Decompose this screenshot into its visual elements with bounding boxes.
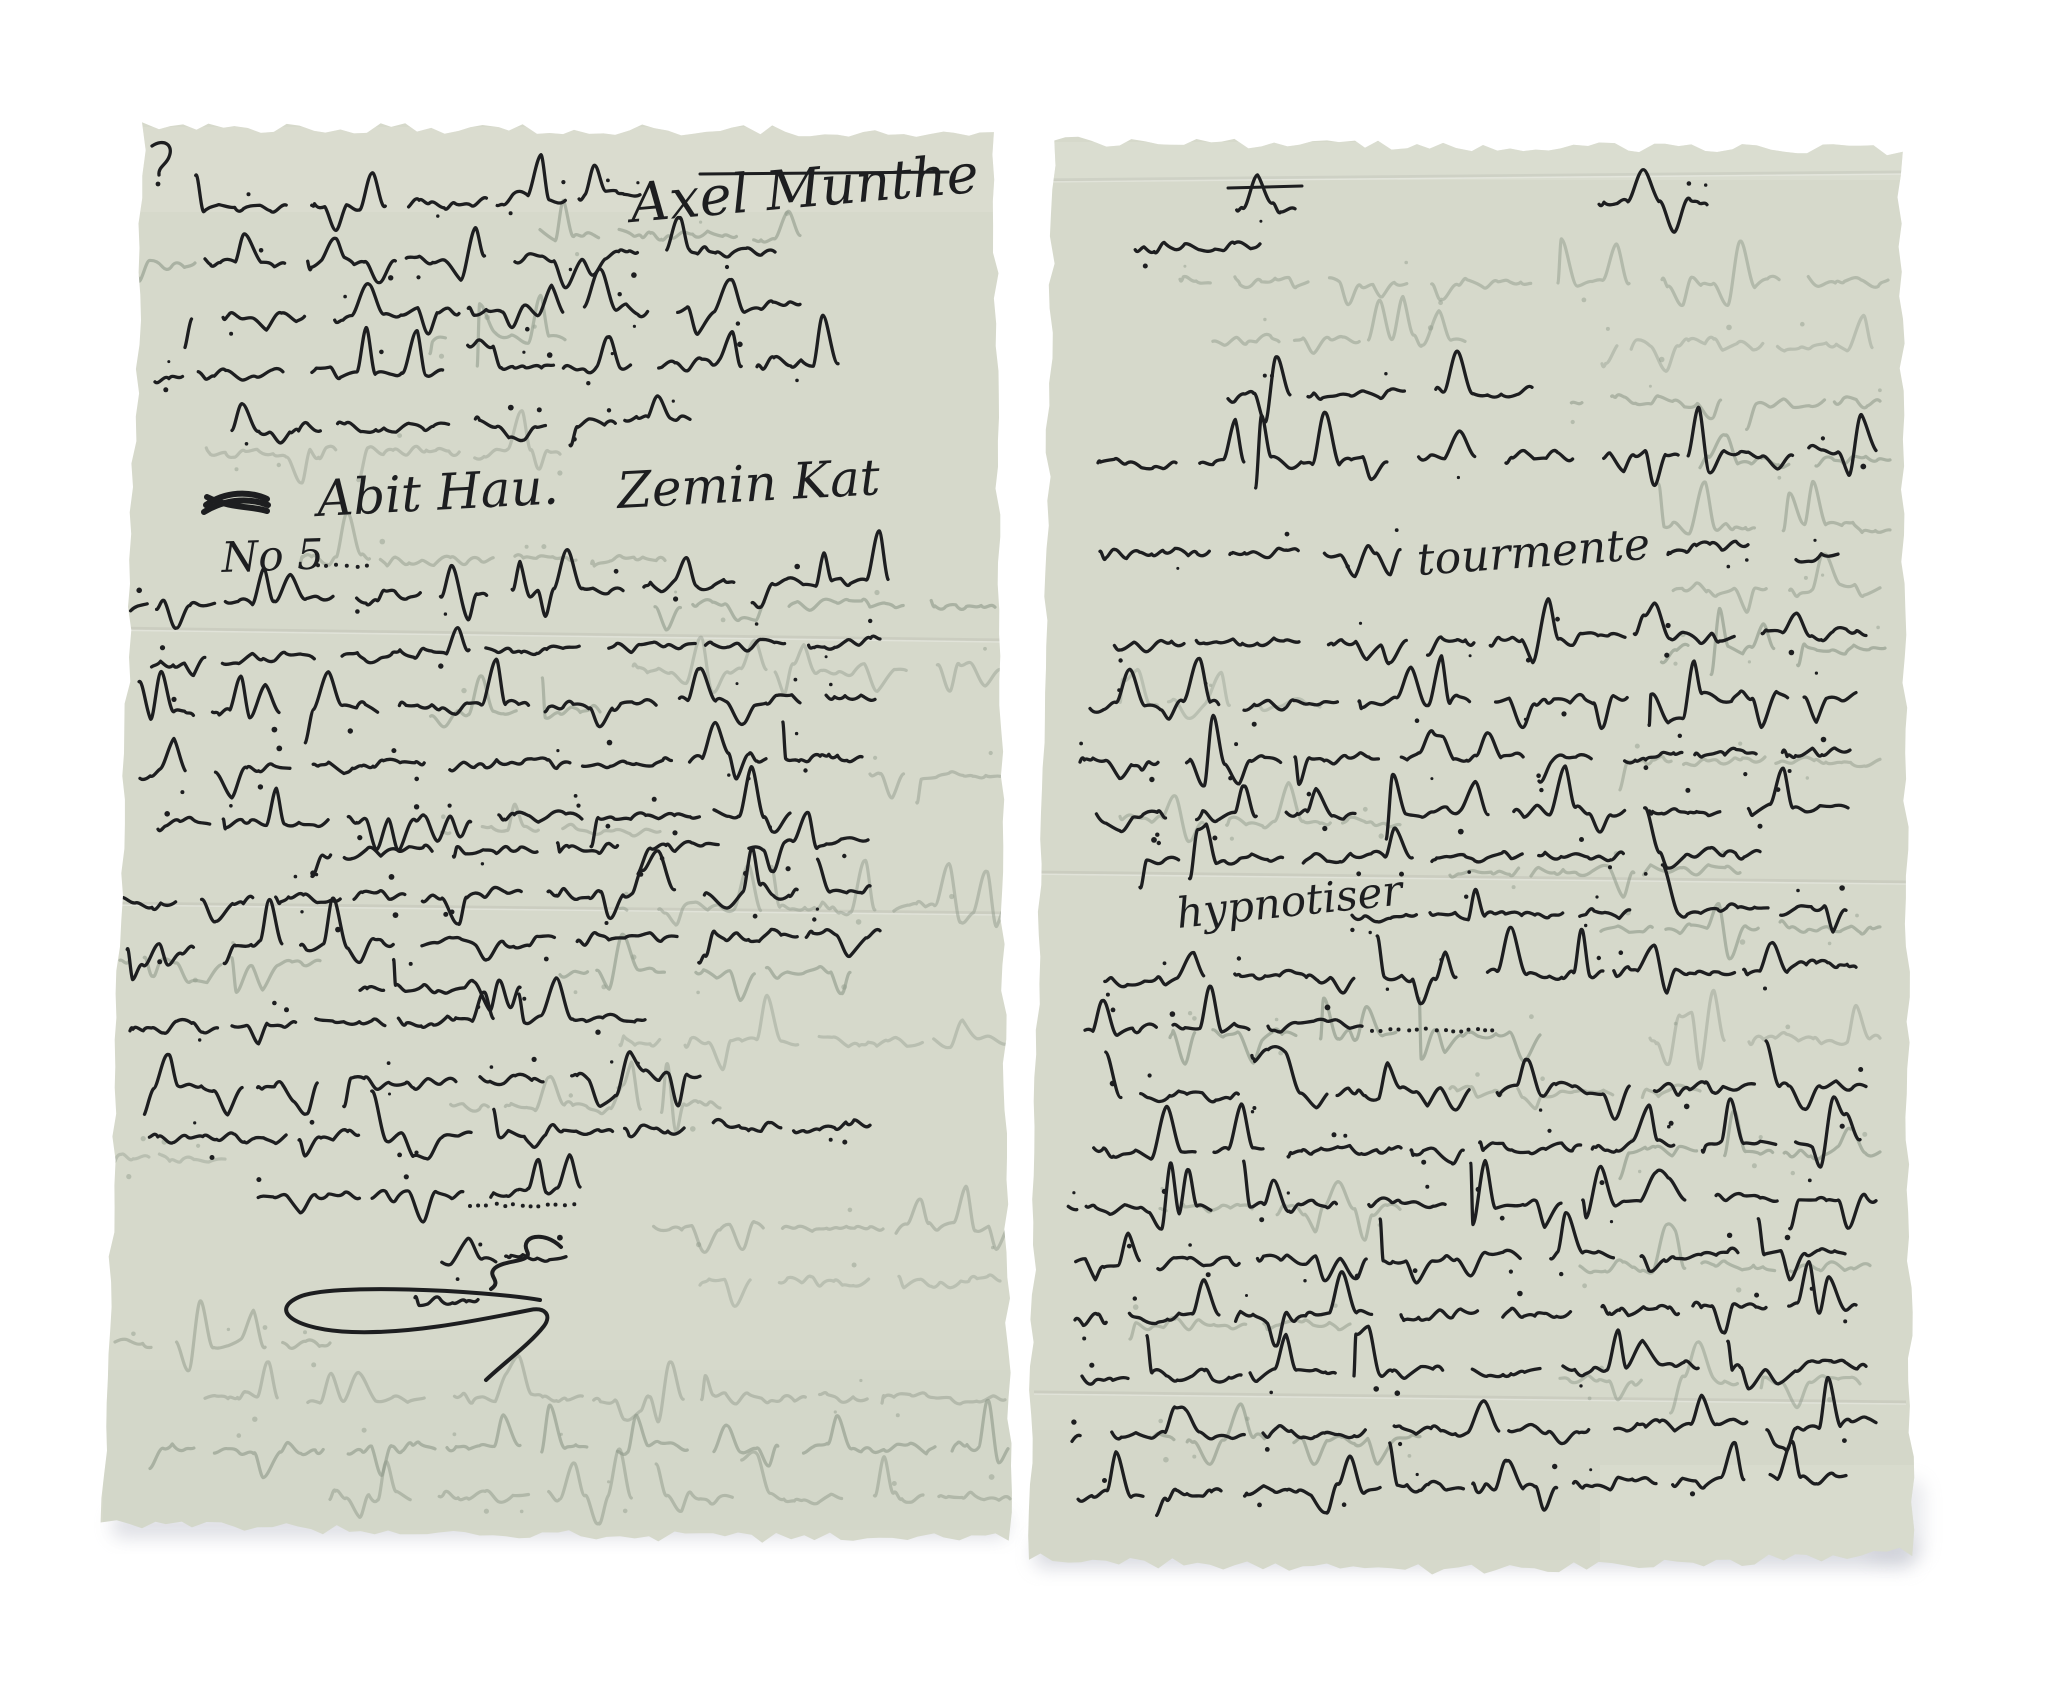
- bleed-dot: [1876, 626, 1880, 630]
- bleed-dot: [856, 919, 862, 925]
- ink-dot: [1325, 1005, 1331, 1011]
- ink-dot: [481, 862, 484, 865]
- ink-dot: [755, 622, 759, 626]
- bleed-dot: [873, 756, 877, 760]
- bleed-dot: [1785, 1025, 1790, 1030]
- ink-dot: [335, 927, 341, 933]
- ink-dot: [1469, 654, 1472, 657]
- ink-dot: [272, 727, 278, 733]
- ink-dot: [1796, 889, 1800, 893]
- ink-dot: [1257, 1503, 1262, 1508]
- ink-dot: [673, 596, 678, 601]
- ink-dot: [490, 1065, 494, 1069]
- bleed-dot: [1571, 420, 1575, 424]
- ink-dot: [1430, 777, 1433, 780]
- letter-photograph: Axel Munthe Abit Hau. Zemin Kat No 5 tou…: [0, 0, 2048, 1693]
- ellipsis-dot: [511, 1202, 515, 1206]
- ink-dot: [1595, 895, 1598, 898]
- bleed-dot: [1759, 1135, 1763, 1139]
- ellipsis-dot: [324, 564, 328, 568]
- paper-shading: [103, 1370, 1013, 1530]
- ink-dot: [1307, 792, 1312, 797]
- ink-dot: [614, 569, 619, 574]
- bleed-dot: [380, 539, 386, 545]
- ink-dot: [416, 275, 420, 279]
- ink-dot: [1127, 1244, 1132, 1249]
- ink-dot: [606, 824, 611, 829]
- ink-dot: [1322, 826, 1327, 831]
- ink-dot: [1359, 622, 1362, 625]
- ink-dot: [1386, 988, 1389, 991]
- bleed-dot: [235, 467, 239, 471]
- bleed-dot: [227, 1328, 230, 1331]
- ink-dot: [478, 1243, 482, 1247]
- ellipsis-dot: [1388, 1027, 1392, 1031]
- ink-dot: [1162, 1189, 1167, 1194]
- ink-dot: [1416, 1473, 1419, 1476]
- ink-dot: [1269, 1391, 1273, 1395]
- bleed-dot: [439, 354, 444, 359]
- pen-dash: [1228, 186, 1302, 188]
- ink-dot: [1464, 895, 1468, 899]
- ink-dot: [456, 1277, 460, 1281]
- ink-dot: [1415, 718, 1420, 723]
- ellipsis-dot: [1483, 1028, 1487, 1032]
- ink-dot: [1687, 181, 1692, 186]
- bleed-dot: [1183, 265, 1186, 268]
- ink-dot: [1788, 769, 1792, 773]
- ink-dot: [618, 292, 622, 296]
- ink-dot: [631, 272, 637, 278]
- bleed-dot: [569, 1093, 573, 1097]
- ink-dot: [1117, 688, 1121, 692]
- ink-dot: [258, 784, 263, 789]
- ink-dot: [610, 1060, 613, 1063]
- ink-dot: [557, 1235, 563, 1241]
- ink-dot: [1619, 950, 1624, 955]
- ink-dot: [397, 1153, 402, 1158]
- ink-dot: [556, 749, 559, 752]
- bleed-dot: [1192, 1016, 1197, 1021]
- ink-dot: [1589, 1468, 1592, 1471]
- ink-dot: [1228, 776, 1232, 780]
- ink-dot: [256, 1177, 261, 1182]
- ink-dot: [1332, 1132, 1337, 1137]
- ink-dot: [1664, 653, 1669, 658]
- ink-dot: [569, 268, 572, 271]
- ink-dot: [1690, 1491, 1695, 1496]
- ink-dot: [572, 437, 577, 442]
- ink-dot: [136, 588, 142, 594]
- ink-dot: [1810, 1287, 1814, 1291]
- ink-dot: [816, 908, 819, 911]
- ink-dot: [198, 1038, 201, 1041]
- ink-dot: [1263, 374, 1267, 378]
- bleed-dot: [1404, 261, 1408, 265]
- ink-dot: [272, 1001, 277, 1006]
- bleed-dot: [848, 1208, 853, 1213]
- ink-dot: [611, 352, 614, 355]
- bleed-dot: [1752, 1163, 1757, 1168]
- ink-dot: [1287, 1191, 1290, 1194]
- ink-dot: [1536, 773, 1541, 778]
- ellipsis-dot: [1424, 1027, 1428, 1031]
- ink-dot: [795, 732, 798, 735]
- bleed-dot: [1806, 776, 1809, 779]
- bleed-dot: [1777, 476, 1781, 480]
- ink-dot: [1815, 672, 1818, 675]
- ink-dot: [229, 804, 233, 808]
- ink-dot: [1539, 788, 1543, 792]
- ellipsis-dot: [365, 564, 369, 568]
- ellipsis-dot: [1467, 1028, 1471, 1032]
- ellipsis-dot: [529, 1204, 533, 1208]
- ink-dot: [1398, 1442, 1402, 1446]
- paper-sheet: [1028, 137, 1914, 1575]
- ink-dot: [1561, 711, 1566, 716]
- bleed-dot: [1428, 325, 1433, 330]
- ellipsis-dot: [476, 1204, 480, 1208]
- bleed-dot: [1674, 1022, 1678, 1026]
- bleed-dot: [1828, 942, 1832, 946]
- bleed-dot: [1438, 300, 1443, 305]
- ink-dot: [1204, 682, 1208, 686]
- bleed-dot: [1638, 1170, 1641, 1173]
- ink-dot: [355, 609, 360, 614]
- ink-dot: [1346, 564, 1350, 568]
- ink-dot: [1704, 183, 1707, 186]
- bleed-dot: [989, 751, 993, 755]
- bleed-dot: [196, 1144, 200, 1148]
- ink-dot: [210, 1155, 215, 1160]
- ellipsis-dot: [554, 1203, 558, 1207]
- ink-dot: [868, 619, 872, 623]
- bleed-dot: [859, 1379, 862, 1382]
- ink-dot: [1118, 658, 1122, 662]
- ink-dot: [1237, 956, 1241, 960]
- bleed-dot: [484, 315, 490, 321]
- ink-dot: [414, 804, 419, 809]
- ink-dot: [245, 442, 249, 446]
- ink-dot: [1143, 264, 1148, 269]
- bleed-dot: [1748, 660, 1751, 663]
- bleed-dot: [193, 978, 198, 983]
- bleed-dot: [623, 1509, 628, 1514]
- ink-dot: [595, 1030, 600, 1035]
- ellipsis-dot: [536, 1204, 540, 1208]
- bleed-dot: [252, 1417, 257, 1422]
- bleed-dot: [237, 1433, 242, 1438]
- bleed-dot: [1878, 388, 1882, 392]
- ink-dot: [1644, 765, 1649, 770]
- bleed-dot: [721, 618, 726, 623]
- bleed-dot: [1804, 576, 1808, 580]
- ink-dot: [1421, 1160, 1426, 1165]
- ink-dot: [388, 275, 393, 280]
- ink-dot: [1858, 1067, 1863, 1072]
- ink-dot: [842, 1140, 847, 1145]
- bleed-dot: [453, 1432, 457, 1436]
- ink-dot: [1579, 1384, 1582, 1387]
- ink-dot: [1509, 1270, 1513, 1274]
- ink-dot: [547, 352, 553, 358]
- bleed-dot: [362, 1428, 367, 1433]
- ink-dot: [638, 872, 643, 877]
- ink-dot: [1821, 436, 1825, 440]
- bleed-dot: [441, 814, 446, 819]
- ink-dot: [343, 295, 347, 299]
- ink-dot: [348, 728, 353, 733]
- bleed-dot: [1673, 662, 1677, 666]
- ink-dot: [1843, 1319, 1847, 1323]
- bleed-dot: [1230, 837, 1234, 841]
- bleed-dot: [1379, 833, 1384, 838]
- ink-dot: [1539, 1108, 1542, 1111]
- ink-dot: [414, 777, 419, 782]
- ink-dot: [1251, 1110, 1254, 1113]
- ink-dot: [444, 612, 447, 615]
- bleed-dot: [1582, 1283, 1587, 1288]
- ellipsis-dot: [1435, 1028, 1439, 1032]
- ink-dot: [1727, 1233, 1732, 1238]
- ink-dot: [300, 910, 303, 913]
- margin-mark-dot: [156, 182, 161, 187]
- ink-dot: [1163, 961, 1167, 965]
- bleed-dot: [263, 1325, 268, 1330]
- ink-dot: [193, 1121, 196, 1124]
- ink-dot: [652, 797, 657, 802]
- ink-dot: [1234, 742, 1238, 746]
- bleed-dot: [841, 984, 847, 990]
- bleed-dot: [1740, 939, 1746, 945]
- ink-dot: [167, 360, 170, 363]
- bleed-dot: [1855, 914, 1859, 918]
- ink-dot: [1600, 1180, 1605, 1185]
- bleed-dot: [1158, 1419, 1163, 1424]
- ink-dot: [1821, 737, 1827, 743]
- ink-dot: [574, 794, 578, 798]
- bleed-dot: [1800, 322, 1805, 327]
- bleed-dot: [131, 1332, 136, 1337]
- ink-dot: [1684, 1104, 1690, 1110]
- ink-dot: [1584, 924, 1587, 927]
- ink-dot: [803, 768, 807, 772]
- ellipsis-dot: [1451, 1029, 1455, 1033]
- ink-dot: [171, 697, 176, 702]
- bleed-dot: [983, 647, 987, 651]
- ink-dot: [1743, 772, 1747, 776]
- ink-dot: [1555, 617, 1560, 622]
- ink-dot: [1785, 1235, 1791, 1241]
- ink-dot: [1106, 993, 1110, 997]
- bleed-dot: [525, 545, 529, 549]
- ink-dot: [607, 408, 611, 412]
- ink-dot: [1373, 1386, 1379, 1392]
- ink-dot: [1148, 1073, 1152, 1077]
- bleed-dot: [892, 1481, 897, 1486]
- ink-dot: [1610, 1220, 1613, 1223]
- bleed-dot: [1475, 1072, 1480, 1077]
- ink-dot: [812, 917, 816, 921]
- ink-dot: [160, 645, 165, 650]
- ellipsis-dot: [334, 563, 338, 567]
- ink-dot: [1176, 567, 1179, 570]
- ellipsis-dot: [1459, 1030, 1463, 1034]
- ink-dot: [1303, 1279, 1306, 1282]
- bleed-dot: [1821, 574, 1824, 577]
- bleed-dot: [1582, 298, 1587, 303]
- ink-dot: [736, 682, 739, 685]
- ink-dot: [310, 1120, 315, 1125]
- ink-dot: [1517, 1291, 1523, 1297]
- bleed-dot: [575, 252, 579, 256]
- bleed-dot: [1862, 1132, 1867, 1137]
- bleed-dot: [631, 954, 636, 959]
- ink-dot: [606, 179, 610, 183]
- ink-dot: [1476, 1187, 1481, 1192]
- ellipsis-dot: [1407, 1028, 1411, 1032]
- ellipsis-dot: [484, 1204, 488, 1208]
- ink-dot: [1458, 829, 1464, 835]
- ink-dot: [1071, 1419, 1076, 1424]
- ink-dot: [1110, 1081, 1116, 1087]
- ink-dot: [357, 835, 362, 840]
- ink-dot: [1685, 788, 1690, 793]
- ink-dot: [725, 265, 729, 269]
- ink-dot: [1666, 623, 1671, 628]
- ink-dot: [1813, 539, 1816, 542]
- ink-dot: [389, 874, 395, 880]
- ink-dot: [607, 740, 613, 746]
- ink-dot: [1350, 928, 1354, 932]
- ink-dot: [1644, 872, 1648, 876]
- ink-dot: [1840, 1124, 1845, 1129]
- bleed-dot: [397, 433, 402, 438]
- ink-dot: [1265, 1447, 1270, 1452]
- ink-dot: [1151, 837, 1157, 843]
- ink-dot: [1763, 987, 1767, 991]
- ink-dot: [1727, 565, 1731, 569]
- ink-dot: [525, 327, 530, 332]
- bleed-dot: [690, 1126, 696, 1132]
- bleed-dot: [874, 590, 879, 595]
- ink-dot: [1608, 865, 1612, 869]
- ellipsis-dot: [1444, 1028, 1448, 1032]
- ellipsis-dot: [1379, 1029, 1383, 1033]
- bleed-dot: [484, 1509, 489, 1514]
- bleed-dot: [601, 984, 606, 989]
- bleed-dot: [1163, 1457, 1169, 1463]
- ink-dot: [157, 959, 162, 964]
- ink-dot: [672, 830, 677, 835]
- ink-dot: [414, 1151, 418, 1155]
- ellipsis-dot: [1370, 1029, 1374, 1033]
- ink-dot: [310, 870, 316, 876]
- bleed-dot: [991, 1246, 994, 1249]
- ink-dot: [532, 1057, 537, 1062]
- ink-dot: [164, 811, 170, 817]
- ink-dot: [1776, 787, 1781, 792]
- bleed-dot: [141, 1136, 146, 1141]
- ink-dot: [1157, 841, 1161, 845]
- ink-dot: [284, 1007, 289, 1012]
- ink-dot: [727, 773, 730, 776]
- ink-dot: [1839, 885, 1845, 891]
- letter-page-left: [101, 122, 1013, 1543]
- ink-dot: [388, 1093, 391, 1096]
- ink-dot: [247, 192, 251, 196]
- ink-dot: [259, 248, 264, 253]
- ink-dot: [825, 655, 828, 658]
- bleed-dot: [1275, 1018, 1279, 1022]
- bleed-dot: [1245, 1417, 1250, 1422]
- ink-dot: [633, 325, 636, 328]
- ink-dot: [586, 381, 590, 385]
- ink-dot: [1467, 870, 1471, 874]
- ink-dot: [1524, 718, 1527, 721]
- ink-dot: [1285, 532, 1290, 537]
- bleed-dot: [1529, 1014, 1534, 1019]
- ellipsis-dot: [495, 1202, 499, 1206]
- ink-dot: [794, 678, 798, 682]
- ink-dot: [409, 962, 413, 966]
- bleed-dot: [303, 1330, 307, 1334]
- bleed-dot: [696, 991, 700, 995]
- ink-dot: [1245, 1294, 1248, 1297]
- bleed-dot: [557, 470, 562, 475]
- bleed-dot: [1408, 1454, 1412, 1458]
- bleed-dot: [1649, 385, 1652, 388]
- ink-dot: [1270, 374, 1274, 378]
- ellipsis-dot: [563, 1203, 567, 1207]
- ink-dot: [1678, 734, 1682, 738]
- bleed-dot: [989, 1474, 995, 1480]
- ink-dot: [508, 405, 514, 411]
- ink-dot: [1808, 1179, 1812, 1183]
- bleed-dot: [852, 1263, 857, 1268]
- ellipsis-dot: [1397, 1028, 1401, 1032]
- ink-dot: [1439, 958, 1442, 961]
- bleed-dot: [126, 1174, 131, 1179]
- bleed-dot: [1736, 1287, 1741, 1292]
- bleed-dot: [311, 1362, 316, 1367]
- ink-dot: [476, 1005, 480, 1009]
- ellipsis-dot: [521, 1204, 525, 1208]
- ink-dot: [736, 321, 740, 325]
- bleed-dot: [949, 894, 954, 899]
- ink-dot: [637, 1062, 640, 1065]
- ink-dot: [180, 790, 184, 794]
- ink-dot: [1526, 658, 1531, 663]
- ink-dot: [522, 997, 526, 1001]
- bleed-dot: [461, 688, 466, 693]
- ink-dot: [1758, 824, 1763, 829]
- ink-dot: [1079, 742, 1083, 746]
- bleed-dot: [1263, 318, 1266, 321]
- ink-dot: [450, 910, 455, 915]
- ink-dot: [443, 912, 448, 917]
- ellipsis-dot: [1476, 1027, 1480, 1031]
- bleed-dot: [1512, 885, 1516, 889]
- bleed-dot: [520, 1510, 524, 1514]
- ink-dot: [294, 875, 298, 879]
- ellipsis-dot: [356, 565, 360, 569]
- ink-dot: [1252, 1106, 1256, 1110]
- ink-dot: [743, 871, 748, 876]
- ink-dot: [1343, 1134, 1347, 1138]
- ink-dot: [605, 921, 609, 925]
- ink-dot: [1457, 476, 1460, 479]
